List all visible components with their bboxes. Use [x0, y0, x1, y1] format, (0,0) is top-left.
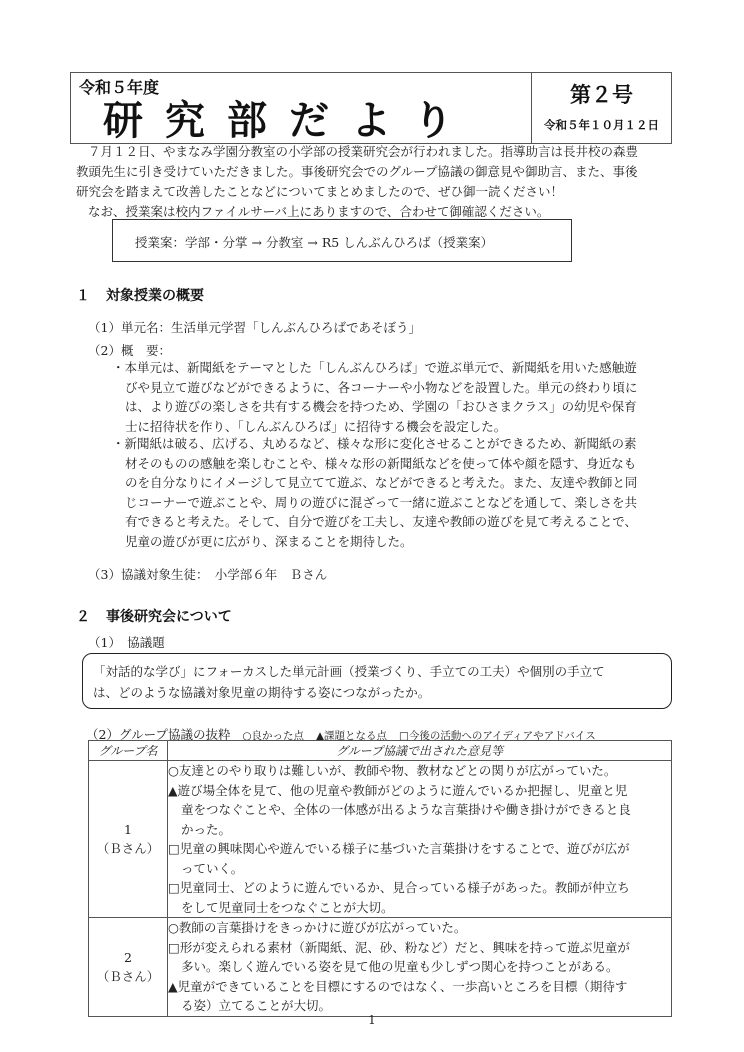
section-title: 事後研究会について: [106, 609, 232, 625]
header-title-panel: 令和５年度 研究部だより: [71, 73, 532, 143]
table-header-row: グループ名 グループ協議で出された意見等: [89, 741, 672, 761]
bullet-line: じコーナーで遊ぶことや、周りの遊びに混ざって一緒に遊ぶことなどを通して、楽しさを…: [112, 493, 637, 513]
section-2-heading: ２事後研究会について: [76, 606, 232, 626]
intro-line: 研究会を踏まえて改善したことなどについてまとめましたので、ぜひ御一読ください！: [76, 182, 638, 202]
newsletter-header: 令和５年度 研究部だより 第２号 令和５年１０月１２日: [70, 72, 672, 144]
overview-label: （2）概 要：: [88, 341, 171, 359]
bullet-line: びや見立て遊びなどができるように、各コーナーや小物などを設置した。単元の終わり頃…: [112, 378, 638, 398]
table-row: 1 （Ｂさん） ○友達とのやり取りは難しいが、教師や物、教材などとの関りが広がっ…: [89, 761, 672, 918]
bullet-line: ・本単元は、新聞紙をテーマとした「しんぶんひろば」で遊ぶ単元で、新聞紙を用いた感…: [112, 358, 638, 378]
group-number: 1: [89, 820, 167, 839]
column-header-opinions: グループ協議で出された意見等: [168, 741, 672, 761]
bullet-line: は、より遊びの楽しさを共有する機会を持つため、学園の「おひさまクラス」の幼児や保…: [112, 397, 638, 417]
comment-text: っていく。: [168, 859, 671, 879]
group-cell: 2 （Ｂさん）: [89, 918, 168, 1017]
issue-date: 令和５年１０月１２日: [532, 117, 671, 133]
group-number: 2: [89, 948, 167, 967]
issue-number: 第２号: [532, 79, 671, 109]
table-row: 2 （Ｂさん） ○教師の言葉掛けをきっかけに遊びが広がっていた。 □形が変えられ…: [89, 918, 672, 1017]
comment-text: 児童同士、どのように遊んでいるか、見合っている様子があった。教師が仲立ち: [180, 880, 630, 895]
comment-item: ▲遊び場全体を見て、他の児童や教師がどのように遊んでいるか把握し、児童と児 童を…: [168, 781, 671, 840]
intro-line: ７月１２日、やまなみ学園分教室の小学部の授業研究会が行われました。指導助言は長井…: [76, 142, 638, 162]
comment-item: ○友達とのやり取りは難しいが、教師や物、教材などとの関りが広がっていた。: [168, 761, 671, 781]
section-title: 対象授業の概要: [106, 288, 204, 304]
group-name: （Ｂさん）: [89, 839, 167, 858]
bullet-line: ・新聞紙は破る、広げる、丸めるなど、様々な形に変化させることができるため、新聞紙…: [112, 434, 637, 454]
comment-text: 教師の言葉掛けをきっかけに遊びが広がっていた。: [179, 920, 467, 935]
group-name: （Ｂさん）: [89, 967, 167, 986]
comment-text: 友達とのやり取りは難しいが、教師や物、教材などとの関りが広がっていた。: [179, 763, 617, 778]
overview-bullet: ・本単元は、新聞紙をテーマとした「しんぶんひろば」で遊ぶ単元で、新聞紙を用いた感…: [112, 358, 638, 436]
comment-item: □児童同士、どのように遊んでいるか、見合っている様子があった。教師が仲立ち をし…: [168, 878, 671, 917]
lesson-plan-path-box: 授業案：学部・分掌 → 分教室 → R5 しんぶんひろば（授業案）: [112, 219, 572, 262]
column-header-group: グループ名: [89, 741, 168, 761]
comment-text: 形が変えられる素材（新聞紙、泥、砂、粉など）だと、興味を持って遊ぶ児童が: [180, 940, 630, 955]
page-number: 1: [0, 1013, 744, 1027]
target-student: （3）協議対象生徒： 小学部６年 Ｂさん: [88, 565, 327, 583]
comments-cell: ○教師の言葉掛けをきっかけに遊びが広がっていた。 □形が変えられる素材（新聞紙、…: [168, 918, 672, 1017]
overview-bullet: ・新聞紙は破る、広げる、丸めるなど、様々な形に変化させることができるため、新聞紙…: [112, 434, 637, 551]
section-number: １: [76, 285, 106, 305]
bullet-line: のを自分なりにイメージして見立てて遊ぶ、などができると考えた。また、友達や教師と…: [112, 473, 637, 493]
unit-name: （1）単元名：生活単元学習「しんぶんひろばであそぼう」: [88, 318, 421, 336]
header-issue-panel: 第２号 令和５年１０月１２日: [532, 73, 671, 143]
bullet-line: 有できると考えた。そして、自分で遊びを工夫し、友達や教師の遊びを見て考えることで…: [112, 512, 637, 532]
comments-cell: ○友達とのやり取りは難しいが、教師や物、教材などとの関りが広がっていた。 ▲遊び…: [168, 761, 672, 918]
comment-text: 児童ができていることを目標にするのではなく、一歩高いところを目標（期待す: [178, 979, 628, 994]
comment-mark: ▲: [168, 979, 178, 994]
topic-line: は、どのような協議対象児童の期待する姿につながったか。: [93, 683, 430, 701]
bullet-line: 材そのものの感触を楽しむことや、様々な形の新聞紙などを使って体や顔を隠す、身近な…: [112, 454, 637, 474]
comment-text: 多い。楽しく遊んでいる姿を見て他の児童も少しずつ関心を持つことがある。: [168, 957, 671, 977]
comment-mark: □: [168, 880, 180, 895]
comment-mark: □: [168, 841, 180, 856]
newsletter-title: 研究部だより: [103, 89, 475, 146]
comment-item: ▲児童ができていることを目標にするのではなく、一歩高いところを目標（期待す る姿…: [168, 977, 671, 1016]
group-discussion-table: グループ名 グループ協議で出された意見等 1 （Ｂさん） ○友達とのやり取りは難…: [88, 740, 672, 1017]
comment-mark: ▲: [168, 783, 178, 798]
comment-text: 児童の興味関心や遊んでいる様子に基づいた言葉掛けをすることで、遊びが広が: [180, 841, 630, 856]
comment-text: 遊び場全体を見て、他の児童や教師がどのように遊んでいるか把握し、児童と児: [178, 783, 628, 798]
comment-text: をして児童同士をつなぐことが大切。: [168, 898, 671, 918]
intro-paragraph: ７月１２日、やまなみ学園分教室の小学部の授業研究会が行われました。指導助言は長井…: [76, 142, 638, 222]
comment-text: かった。: [168, 820, 671, 840]
comment-mark: □: [168, 940, 180, 955]
lesson-plan-path: 授業案：学部・分掌 → 分教室 → R5 しんぶんひろば（授業案）: [135, 233, 493, 251]
comment-item: □形が変えられる素材（新聞紙、泥、砂、粉など）だと、興味を持って遊ぶ児童が 多い…: [168, 938, 671, 977]
discussion-topic-box: 「対話的な学び」にフォーカスした単元計画（授業づくり、手立ての工夫）や個別の手立…: [82, 653, 672, 709]
comment-mark: ○: [168, 763, 179, 778]
section-number: ２: [76, 606, 106, 626]
comment-text: 童をつなぐことや、全体の一体感が出るような言葉掛けや働き掛けができると良: [168, 800, 671, 820]
comment-item: □児童の興味関心や遊んでいる様子に基づいた言葉掛けをすることで、遊びが広が って…: [168, 839, 671, 878]
comment-item: ○教師の言葉掛けをきっかけに遊びが広がっていた。: [168, 918, 671, 938]
topic-line: 「対話的な学び」にフォーカスした単元計画（授業づくり、手立ての工夫）や個別の手立…: [93, 662, 605, 680]
bullet-line: 児童の遊びが更に広がり、深まることを期待した。: [112, 532, 637, 552]
discussion-topic-label: （1） 協議題: [88, 633, 165, 651]
section-1-heading: １対象授業の概要: [76, 285, 204, 305]
group-cell: 1 （Ｂさん）: [89, 761, 168, 918]
intro-line: 教頭先生に引き受けていただきました。事後研究会でのグループ協議の御意見や御助言、…: [76, 162, 638, 182]
comment-mark: ○: [168, 920, 179, 935]
